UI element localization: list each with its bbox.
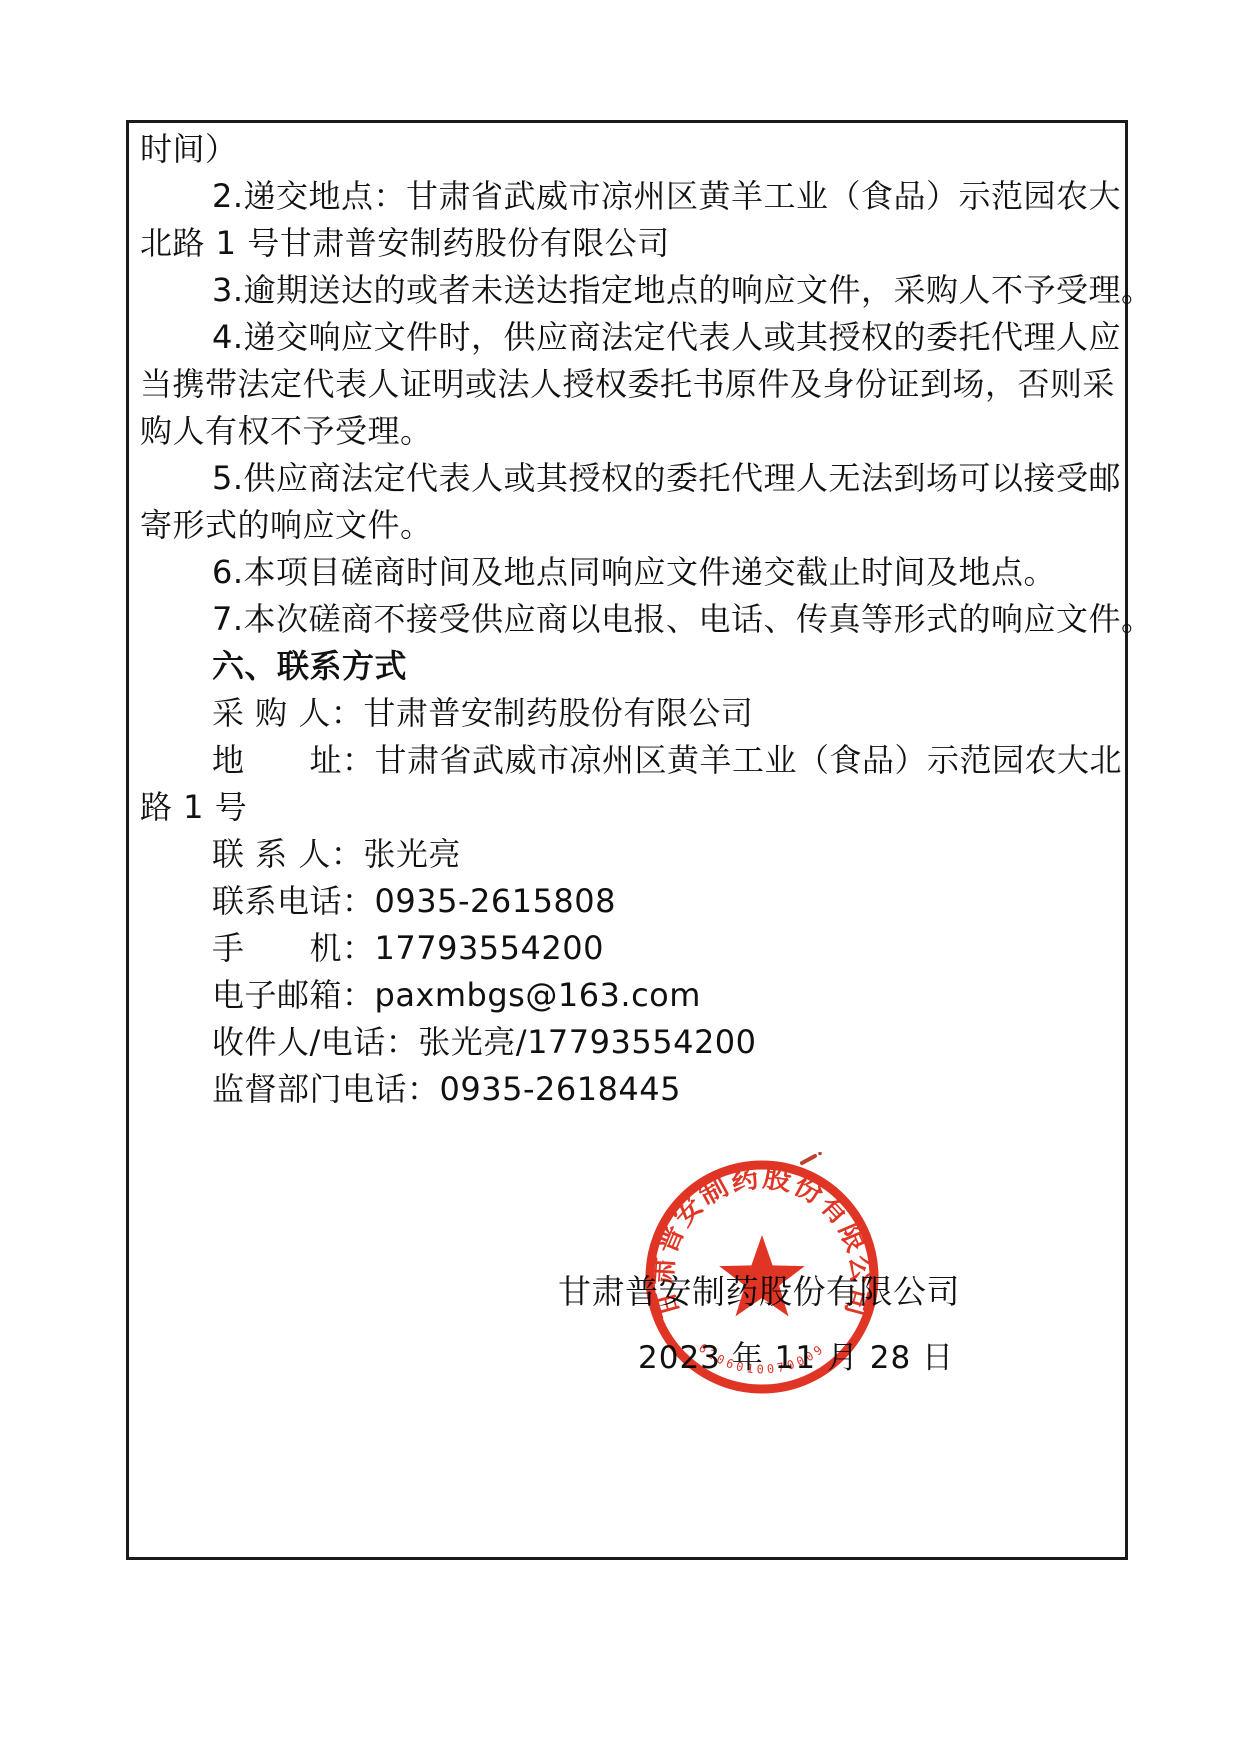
body-line: 路 1 号 xyxy=(140,784,1118,831)
seal-smudge-mark xyxy=(802,1156,815,1163)
body-line: 3.逾期送达的或者未送达指定地点的响应文件，采购人不予受理。 xyxy=(140,267,1118,314)
document-body: 时间）2.递交地点：甘肃省武威市凉州区黄羊工业（食品）示范园农大北路 1 号甘肃… xyxy=(140,126,1118,1113)
body-line: 6.本项目磋商时间及地点同响应文件递交截止时间及地点。 xyxy=(140,549,1118,596)
body-line: 5.供应商法定代表人或其授权的委托代理人无法到场可以接受邮 xyxy=(140,455,1118,502)
body-line: 手 机：17793554200 xyxy=(140,925,1118,972)
body-line: 六、联系方式 xyxy=(140,643,1118,690)
body-line: 地 址：甘肃省武威市凉州区黄羊工业（食品）示范园农大北 xyxy=(140,737,1118,784)
body-line: 2.递交地点：甘肃省武威市凉州区黄羊工业（食品）示范园农大 xyxy=(140,173,1118,220)
company-seal: 甘肃普安制药股份有限公司 6206010070009 xyxy=(637,1152,887,1402)
body-line: 7.本次磋商不接受供应商以电报、电话、传真等形式的响应文件。 xyxy=(140,596,1118,643)
seal-code: 6206010070009 xyxy=(696,1341,828,1377)
seal-smudge-dot xyxy=(818,1152,822,1155)
body-line: 时间） xyxy=(140,126,1118,173)
body-line: 电子邮箱：paxmbgs@163.com xyxy=(140,972,1118,1019)
body-line: 4.递交响应文件时，供应商法定代表人或其授权的委托代理人应 xyxy=(140,314,1118,361)
body-line: 联系电话：0935-2615808 xyxy=(140,878,1118,925)
body-line: 收件人/电话：张光亮/17793554200 xyxy=(140,1019,1118,1066)
body-line: 联 系 人：张光亮 xyxy=(140,831,1118,878)
document-page: { "colors": { "page_background": "#fffff… xyxy=(0,0,1239,1754)
body-line: 采 购 人：甘肃普安制药股份有限公司 xyxy=(140,690,1118,737)
body-line: 监督部门电话：0935-2618445 xyxy=(140,1066,1118,1113)
seal-star-icon xyxy=(719,1235,805,1316)
body-line: 购人有权不予受理。 xyxy=(140,408,1118,455)
body-line: 当携带法定代表人证明或法人授权委托书原件及身份证到场，否则采 xyxy=(140,361,1118,408)
body-line: 北路 1 号甘肃普安制药股份有限公司 xyxy=(140,220,1118,267)
body-line: 寄形式的响应文件。 xyxy=(140,502,1118,549)
